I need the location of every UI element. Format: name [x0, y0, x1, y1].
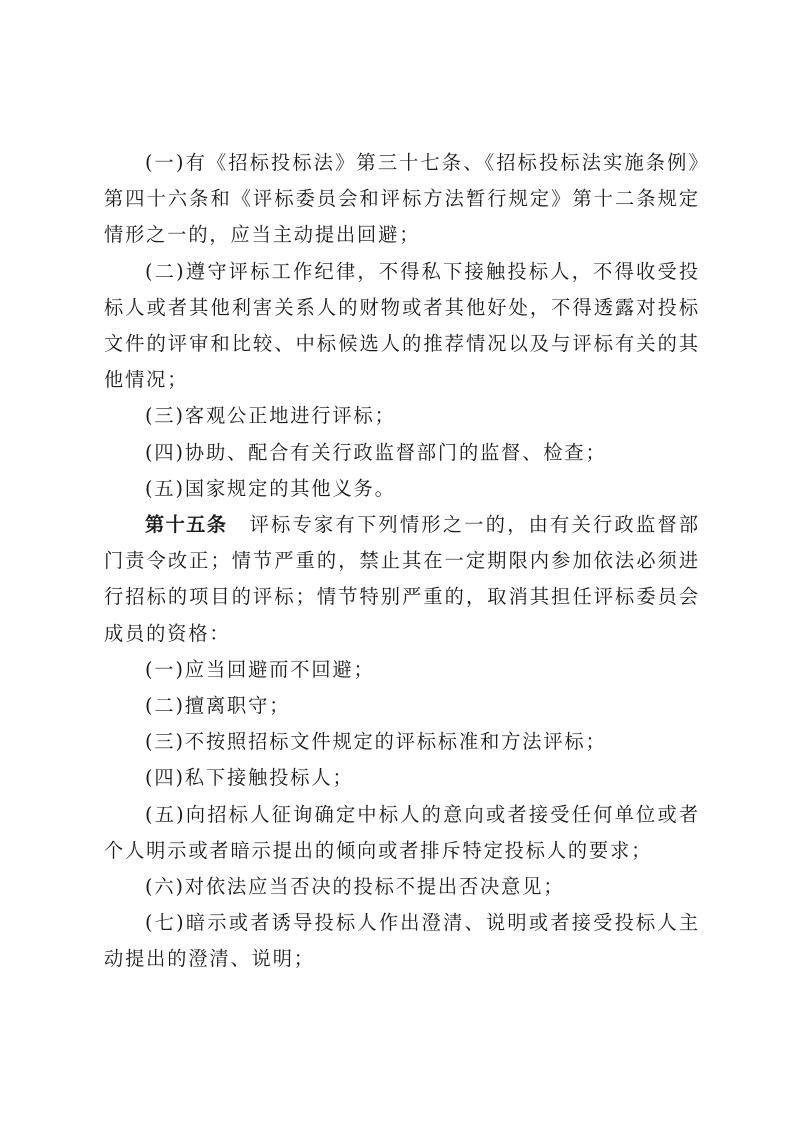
paragraph-item-1: (一)有《招标投标法》第三十七条、《招标投标法实施条例》第四十六条和《评标委员会… — [104, 145, 700, 254]
paragraph-item-4: (四)协助、配合有关行政监督部门的监督、检查； — [104, 435, 700, 471]
article-15-item-4: (四)私下接触投标人； — [104, 760, 700, 796]
article-15-item-7: (七)暗示或者诱导投标人作出澄清、说明或者接受投标人主动提出的澄清、说明； — [104, 905, 700, 977]
paragraph-item-5: (五)国家规定的其他义务。 — [104, 471, 700, 507]
paragraph-item-2: (二)遵守评标工作纪律，不得私下接触投标人，不得收受投标人或者其他利害关系人的财… — [104, 254, 700, 399]
article-15-item-5: (五)向招标人征询确定中标人的意向或者接受任何单位或者个人明示或者暗示提出的倾向… — [104, 797, 700, 869]
article-heading: 第十五条 — [145, 513, 227, 536]
article-15-item-2: (二)擅离职守； — [104, 688, 700, 724]
article-15-item-1: (一)应当回避而不回避； — [104, 652, 700, 688]
article-15-item-6: (六)对依法应当否决的投标不提出否决意见； — [104, 869, 700, 905]
paragraph-item-3: (三)客观公正地进行评标； — [104, 398, 700, 434]
article-15-item-3: (三)不按照招标文件规定的评标标准和方法评标； — [104, 724, 700, 760]
article-15: 第十五条评标专家有下列情形之一的，由有关行政监督部门责令改正；情节严重的，禁止其… — [104, 507, 700, 652]
document-page: (一)有《招标投标法》第三十七条、《招标投标法实施条例》第四十六条和《评标委员会… — [104, 145, 700, 978]
